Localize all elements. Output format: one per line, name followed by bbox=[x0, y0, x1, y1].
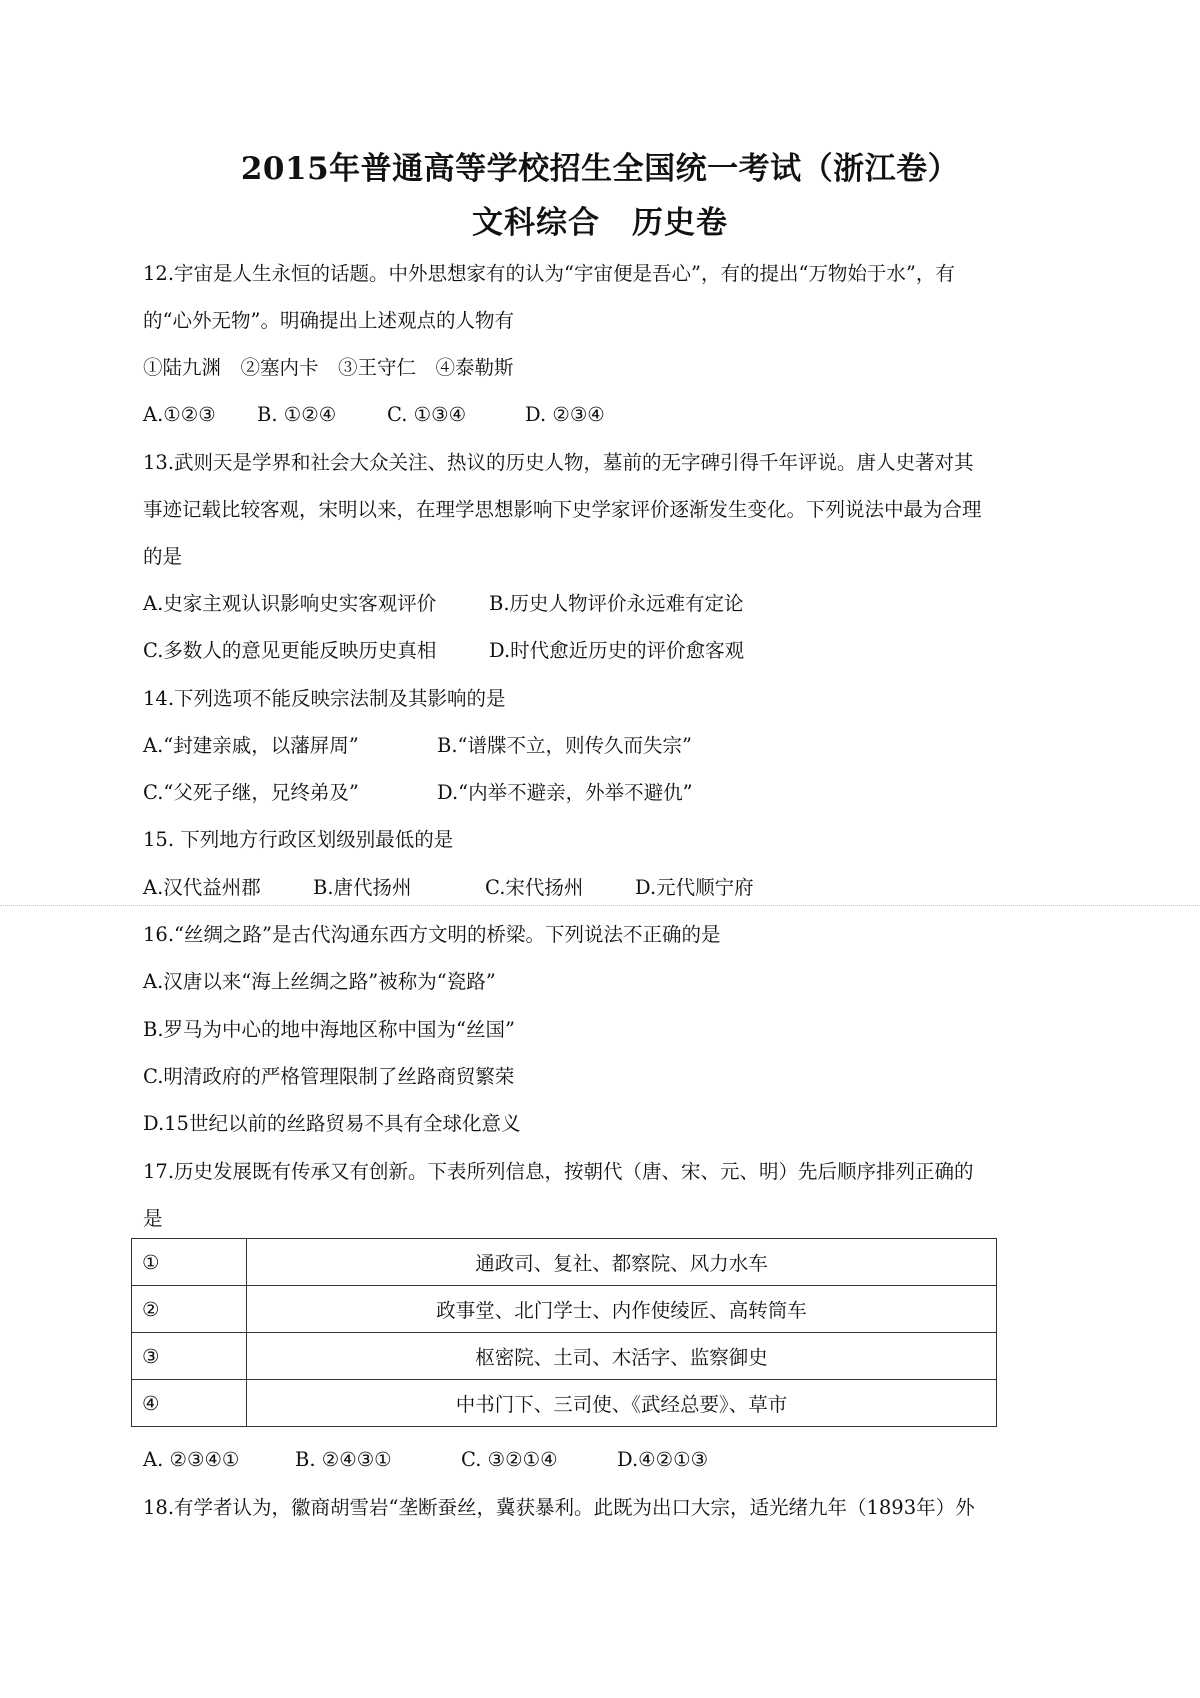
table-row: ① 通政司、复社、都察院、风力水车 bbox=[132, 1239, 997, 1286]
q16-option-d[interactable]: D.15世纪以前的丝路贸易不具有全球化意义 bbox=[143, 1112, 520, 1136]
page-break-divider bbox=[0, 905, 1200, 906]
q17-option-a[interactable]: A. ②③④① bbox=[143, 1448, 295, 1472]
q17-dynasty-table: ① 通政司、复社、都察院、风力水车 ② 政事堂、北门学士、内作使绫匠、高转筒车 … bbox=[131, 1238, 997, 1427]
q12-option-b[interactable]: B. ①②④ bbox=[257, 403, 387, 427]
q13-option-a[interactable]: A.史家主观认识影响史实客观评价 bbox=[143, 592, 489, 616]
subtitle-paper: 历史卷 bbox=[632, 205, 728, 241]
q13-stem-line1: 13.武则天是学界和社会大众关注、热议的历史人物，墓前的无字碑引得千年评说。唐人… bbox=[143, 451, 974, 475]
q12-option-d[interactable]: D. ②③④ bbox=[525, 403, 605, 427]
q15-option-a[interactable]: A.汉代益州郡 bbox=[143, 876, 313, 900]
q16-option-a[interactable]: A.汉唐以来“海上丝绸之路”被称为“瓷路” bbox=[143, 970, 496, 994]
q12-option-a[interactable]: A.①②③ bbox=[143, 403, 257, 427]
table-row: ② 政事堂、北门学士、内作使绫匠、高转筒车 bbox=[132, 1286, 997, 1333]
table-row: ③ 枢密院、土司、木活字、监察御史 bbox=[132, 1333, 997, 1380]
q13-stem-line3: 的是 bbox=[143, 545, 182, 569]
subtitle-subject: 文科综合 bbox=[472, 205, 600, 241]
q12-stem-line2: 的“心外无物”。明确提出上述观点的人物有 bbox=[143, 309, 514, 333]
exam-page: 2015年普通高等学校招生全国统一考试（浙江卷） 文科综合历史卷 12.宇宙是人… bbox=[0, 0, 1200, 1698]
q12-options: A.①②③B. ①②④C. ①③④D. ②③④ bbox=[143, 403, 605, 427]
q12-items: ①陆九渊 ②塞内卡 ③王守仁 ④泰勒斯 bbox=[143, 356, 514, 380]
q14-stem: 14.下列选项不能反映宗法制及其影响的是 bbox=[143, 687, 506, 711]
q17-options: A. ②③④①B. ②④③①C. ③②①④D.④②①③ bbox=[143, 1448, 708, 1472]
table-row-content: 中书门下、三司使、《武经总要》、草市 bbox=[247, 1380, 997, 1427]
exam-subtitle: 文科综合历史卷 bbox=[0, 197, 1200, 242]
q15-option-b[interactable]: B.唐代扬州 bbox=[313, 876, 485, 900]
q13-option-b[interactable]: B.历史人物评价永远难有定论 bbox=[489, 592, 744, 616]
table-row-number: ④ bbox=[132, 1380, 247, 1427]
q13-option-d[interactable]: D.时代愈近历史的评价愈客观 bbox=[489, 639, 744, 663]
q16-option-b[interactable]: B.罗马为中心的地中海地区称中国为“丝国” bbox=[143, 1018, 515, 1042]
q16-stem: 16.“丝绸之路”是古代沟通东西方文明的桥梁。下列说法不正确的是 bbox=[143, 923, 720, 947]
table-row: ④ 中书门下、三司使、《武经总要》、草市 bbox=[132, 1380, 997, 1427]
exam-title: 2015年普通高等学校招生全国统一考试（浙江卷） bbox=[0, 143, 1200, 188]
q17-stem-line2: 是 bbox=[143, 1207, 163, 1231]
q16-option-c[interactable]: C.明清政府的严格管理限制了丝路商贸繁荣 bbox=[143, 1065, 514, 1089]
table-row-content: 政事堂、北门学士、内作使绫匠、高转筒车 bbox=[247, 1286, 997, 1333]
q13-option-c[interactable]: C.多数人的意见更能反映历史真相 bbox=[143, 639, 489, 663]
table-row-number: ② bbox=[132, 1286, 247, 1333]
table-row-number: ③ bbox=[132, 1333, 247, 1380]
q13-options-row2: C.多数人的意见更能反映历史真相D.时代愈近历史的评价愈客观 bbox=[143, 639, 744, 663]
q14-option-c[interactable]: C.“父死子继，兄终弟及” bbox=[143, 781, 437, 805]
q17-option-c[interactable]: C. ③②①④ bbox=[461, 1448, 617, 1472]
table-row-number: ① bbox=[132, 1239, 247, 1286]
q15-options: A.汉代益州郡B.唐代扬州C.宋代扬州D.元代顺宁府 bbox=[143, 876, 754, 900]
table-row-content: 通政司、复社、都察院、风力水车 bbox=[247, 1239, 997, 1286]
q13-stem-line2: 事迹记载比较客观，宋明以来，在理学思想影响下史学家评价逐渐发生变化。下列说法中最… bbox=[143, 498, 982, 522]
q14-options-row2: C.“父死子继，兄终弟及”D.“内举不避亲，外举不避仇” bbox=[143, 781, 693, 805]
table-row-content: 枢密院、土司、木活字、监察御史 bbox=[247, 1333, 997, 1380]
q14-options-row1: A.“封建亲戚，以藩屏周”B.“谱牒不立，则传久而失宗” bbox=[143, 734, 692, 758]
q15-stem: 15. 下列地方行政区划级别最低的是 bbox=[143, 828, 453, 852]
q14-option-d[interactable]: D.“内举不避亲，外举不避仇” bbox=[437, 781, 693, 805]
q13-options-row1: A.史家主观认识影响史实客观评价B.历史人物评价永远难有定论 bbox=[143, 592, 744, 616]
q15-option-d[interactable]: D.元代顺宁府 bbox=[635, 876, 754, 900]
q14-option-b[interactable]: B.“谱牒不立，则传久而失宗” bbox=[437, 734, 692, 758]
q12-option-c[interactable]: C. ①③④ bbox=[387, 403, 525, 427]
q17-option-b[interactable]: B. ②④③① bbox=[295, 1448, 461, 1472]
q17-option-d[interactable]: D.④②①③ bbox=[617, 1448, 708, 1472]
q17-stem-line1: 17.历史发展既有传承又有创新。下表所列信息，按朝代（唐、宋、元、明）先后顺序排… bbox=[143, 1160, 974, 1184]
q15-option-c[interactable]: C.宋代扬州 bbox=[485, 876, 635, 900]
q18-stem-line1: 18.有学者认为，徽商胡雪岩“垄断蚕丝，冀获暴利。此既为出口大宗，适光绪九年（1… bbox=[143, 1496, 975, 1520]
q14-option-a[interactable]: A.“封建亲戚，以藩屏周” bbox=[143, 734, 437, 758]
q12-stem-line1: 12.宇宙是人生永恒的话题。中外思想家有的认为“宇宙便是吾心”，有的提出“万物始… bbox=[143, 262, 955, 286]
